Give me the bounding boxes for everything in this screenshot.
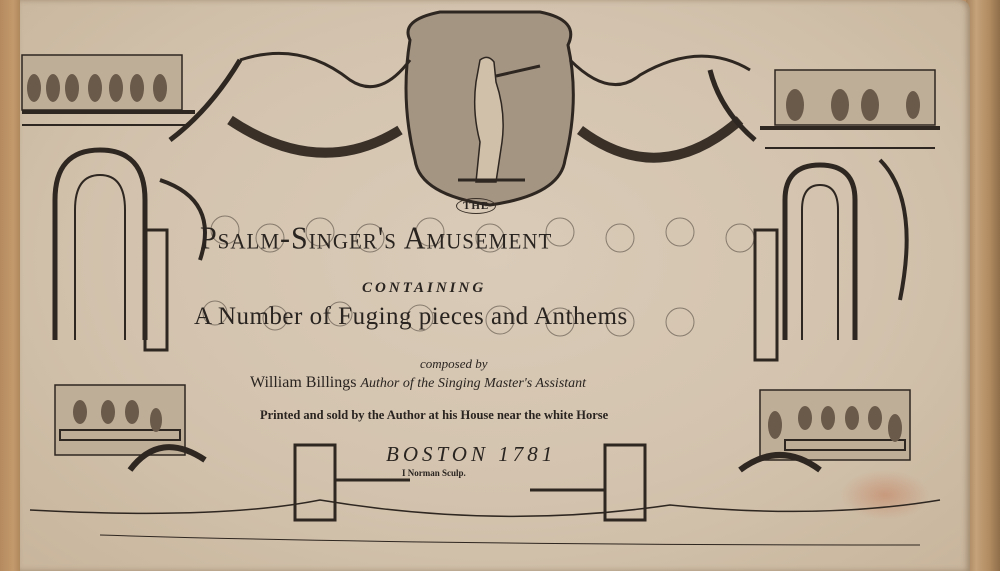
place: BOSTON	[386, 442, 489, 466]
composer-name: William Billings	[250, 374, 356, 391]
engraver-credit: I Norman Sculp.	[402, 468, 466, 478]
composer-line: William Billings Author of the Singing M…	[250, 374, 586, 392]
imprint-line: Printed and sold by the Author at his Ho…	[260, 408, 608, 423]
subtitle-containing: CONTAINING	[362, 280, 486, 297]
top-left-gallery-illustration	[22, 55, 195, 125]
composer-credit: Author of the Singing Master's Assistant	[360, 376, 586, 391]
book-binding-left-edge	[0, 0, 22, 571]
composed-by-label: composed by	[420, 356, 488, 372]
engraved-rococo-frame	[20, 0, 970, 571]
book-binding-right-edge	[966, 0, 1000, 571]
content-description: A Number of Fuging pieces and Anthems	[194, 303, 628, 331]
place-and-year: BOSTON 1781	[386, 442, 556, 467]
year: 1781	[498, 442, 556, 466]
top-right-gallery-illustration	[760, 70, 940, 148]
title-article: THE	[456, 198, 496, 214]
title-page: THE Psalm-Singer's Amusement CONTAINING …	[20, 0, 970, 571]
central-cartouche-illustration	[406, 12, 573, 205]
bottom-right-musicians-illustration	[760, 390, 910, 460]
main-title: Psalm-Singer's Amusement	[200, 221, 552, 257]
